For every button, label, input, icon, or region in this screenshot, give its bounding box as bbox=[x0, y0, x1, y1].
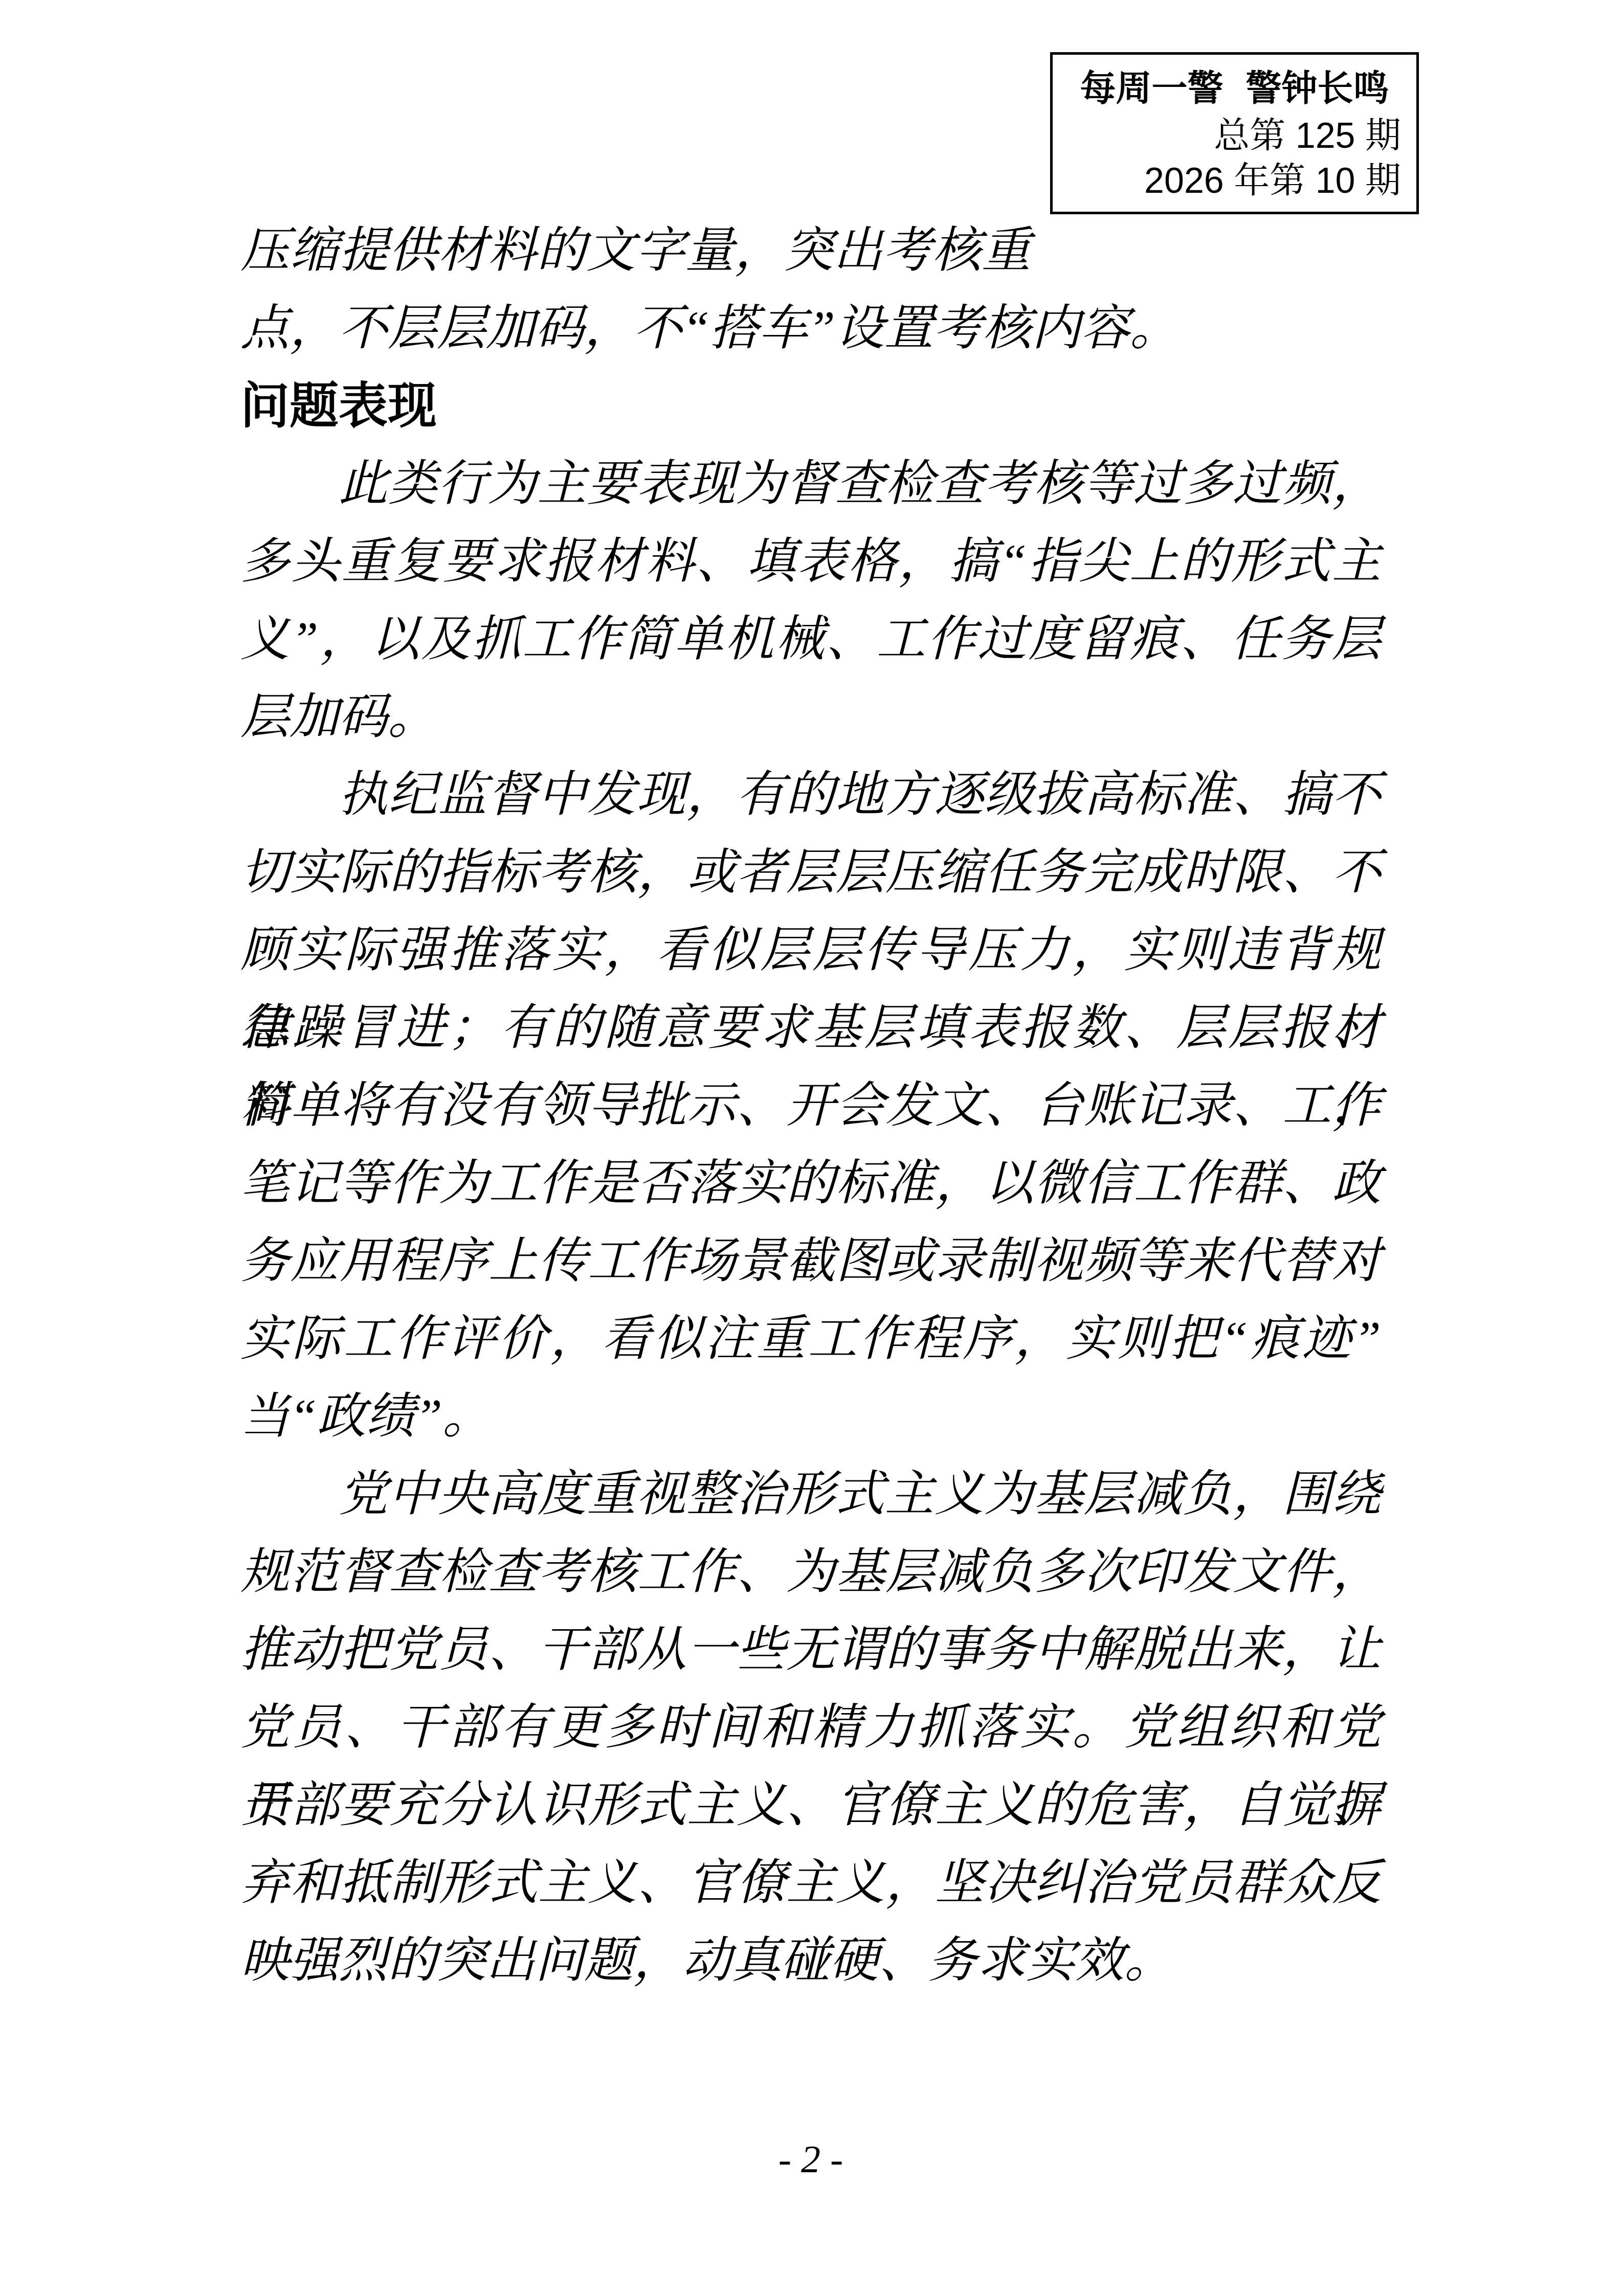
text-line: 多头重复要求报材料、填表格，搞“指尖上的形式主 bbox=[240, 523, 1381, 600]
bulletin-title: 每周一警 警钟长鸣 bbox=[1068, 64, 1401, 113]
document-page: 每周一警 警钟长鸣 总第 125 期 2026 年第 10 期 压缩提供材料的文… bbox=[0, 0, 1624, 2296]
text-line: 务应用程序上传工作场景截图或录制视频等来代替对 bbox=[240, 1222, 1381, 1300]
text-line: 切实际的指标考核，或者层层压缩任务完成时限、不 bbox=[240, 834, 1381, 911]
text-line: 推动把党员、干部从一些无谓的事务中解脱出来，让 bbox=[240, 1611, 1381, 1689]
text-line: 义”，以及抓工作简单机械、工作过度留痕、任务层 bbox=[240, 600, 1381, 678]
text-line: 党中央高度重视整治形式主义为基层减负，围绕 bbox=[240, 1455, 1381, 1533]
text-line: 简单将有没有领导批示、开会发文、台账记录、工作 bbox=[240, 1067, 1381, 1144]
text-line: 层加码。 bbox=[240, 678, 1381, 756]
document-body: 压缩提供材料的文字量，突出考核重点，不层层加码，不“搭车”设置考核内容。问题表现… bbox=[240, 212, 1381, 1999]
paragraph-discipline-findings: 执纪监督中发现，有的地方逐级拔高标准、搞不切实际的指标考核，或者层层压缩任务完成… bbox=[240, 756, 1381, 1455]
paragraph-problem-overview: 此类行为主要表现为督查检查考核等过多过频，多头重复要求报材料、填表格，搞“指尖上… bbox=[240, 445, 1381, 756]
text-line: 当“政绩”。 bbox=[240, 1378, 1381, 1455]
section-heading: 问题表现 bbox=[240, 367, 1381, 445]
text-line: 规范督查检查考核工作、为基层减负多次印发文件， bbox=[240, 1533, 1381, 1611]
text-line: 干部要充分认识形式主义、官僚主义的危害，自觉摒 bbox=[240, 1766, 1381, 1844]
issue-current-number: 2026 年第 10 期 bbox=[1068, 158, 1401, 203]
text-line: 顾实际强推落实，看似层层传导压力，实则违背规律、 bbox=[240, 911, 1381, 989]
text-line: 压缩提供材料的文字量，突出考核重 bbox=[240, 212, 1031, 289]
issue-total-number: 总第 125 期 bbox=[1068, 113, 1401, 158]
text-line: 笔记等作为工作是否落实的标准，以微信工作群、政 bbox=[240, 1144, 1381, 1222]
text-line: 弃和抵制形式主义、官僚主义，坚决纠治党员群众反 bbox=[240, 1844, 1381, 1922]
text-line: 急躁冒进；有的随意要求基层填表报数、层层报材料， bbox=[240, 989, 1381, 1067]
text-line: 此类行为主要表现为督查检查考核等过多过频， bbox=[240, 445, 1381, 523]
page-number: - 2 - bbox=[240, 2137, 1381, 2181]
issue-info-box: 每周一警 警钟长鸣 总第 125 期 2026 年第 10 期 bbox=[1050, 52, 1419, 214]
paragraph-continued: 压缩提供材料的文字量，突出考核重点，不层层加码，不“搭车”设置考核内容。 bbox=[240, 212, 1381, 367]
text-line: 映强烈的突出问题，动真碰硬、务求实效。 bbox=[240, 1922, 1381, 1999]
text-line: 实际工作评价，看似注重工作程序，实则把“痕迹” bbox=[240, 1300, 1381, 1378]
text-line: 党员、干部有更多时间和精力抓落实。党组织和党员、 bbox=[240, 1689, 1381, 1766]
paragraph-central-committee: 党中央高度重视整治形式主义为基层减负，围绕规范督查检查考核工作、为基层减负多次印… bbox=[240, 1455, 1381, 1999]
text-line: 执纪监督中发现，有的地方逐级拔高标准、搞不 bbox=[240, 756, 1381, 834]
text-line: 点，不层层加码，不“搭车”设置考核内容。 bbox=[240, 289, 1381, 367]
